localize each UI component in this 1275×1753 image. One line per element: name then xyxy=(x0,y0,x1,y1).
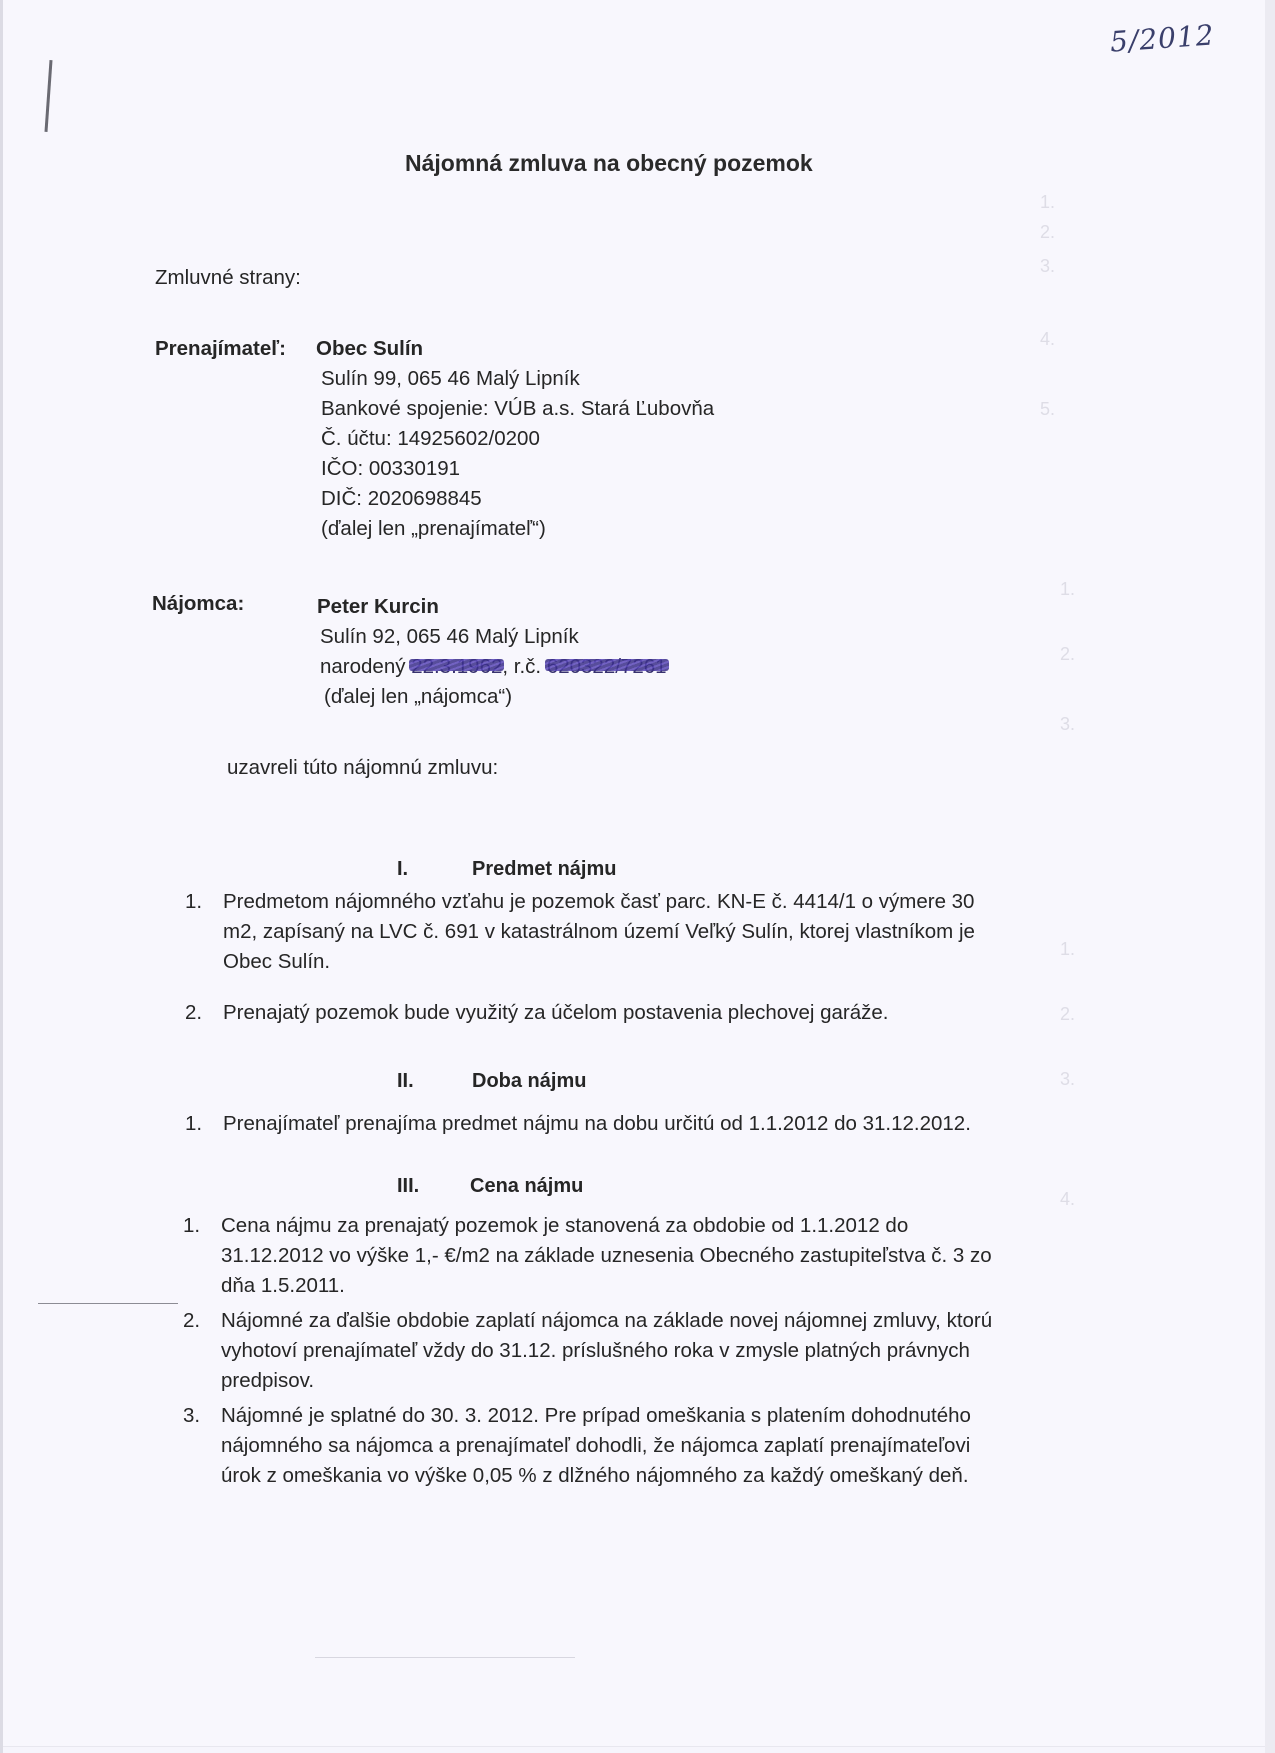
lessor-ico: IČO: 00330191 xyxy=(321,454,460,484)
margin-rule xyxy=(38,1303,178,1304)
section-heading: Predmet nájmu xyxy=(472,858,616,881)
lessee-address: Sulín 92, 065 46 Malý Lipník xyxy=(320,622,579,652)
lessor-account: Č. účtu: 14925602/0200 xyxy=(321,424,540,454)
redacted-birth-date: 22.3.1962 xyxy=(411,652,502,682)
section-numeral: II. xyxy=(397,1070,414,1093)
section-numeral: III. xyxy=(397,1175,419,1198)
section-numeral: I. xyxy=(397,858,408,881)
lessee-birth-line: narodený 22.3.1962, r.č. 620322/7261 xyxy=(320,652,667,682)
scan-edge-left xyxy=(0,0,3,1753)
lessee-alias: (ďalej len „nájomca“) xyxy=(324,682,512,712)
concluded-statement: uzavreli túto nájomnú zmluvu: xyxy=(227,753,498,783)
redacted-birth-number: 620322/7261 xyxy=(547,652,667,682)
lessor-address: Sulín 99, 065 46 Malý Lipník xyxy=(321,364,580,394)
section-heading: Cena nájmu xyxy=(470,1175,583,1198)
section-heading: Doba nájmu xyxy=(472,1070,586,1093)
lessor-alias: (ďalej len „prenajímateľ“) xyxy=(321,514,546,544)
lessor-bank: Bankové spojenie: VÚB a.s. Stará Ľubovňa xyxy=(321,394,714,424)
lessor-label: Prenajímateľ: xyxy=(155,334,286,364)
parties-label: Zmluvné strany: xyxy=(155,263,301,293)
lessor-dic: DIČ: 2020698845 xyxy=(321,484,482,514)
lessee-label: Nájomca: xyxy=(152,589,244,619)
bleed-signature-line xyxy=(315,1657,575,1658)
rc-prefix: , r.č. xyxy=(502,655,541,678)
lessee-name: Peter Kurcin xyxy=(317,592,439,622)
born-prefix: narodený xyxy=(320,655,405,678)
lessor-name: Obec Sulín xyxy=(316,334,423,364)
scan-edge-right xyxy=(1265,0,1275,1753)
document-title: Nájomná zmluva na obecný pozemok xyxy=(405,150,813,177)
